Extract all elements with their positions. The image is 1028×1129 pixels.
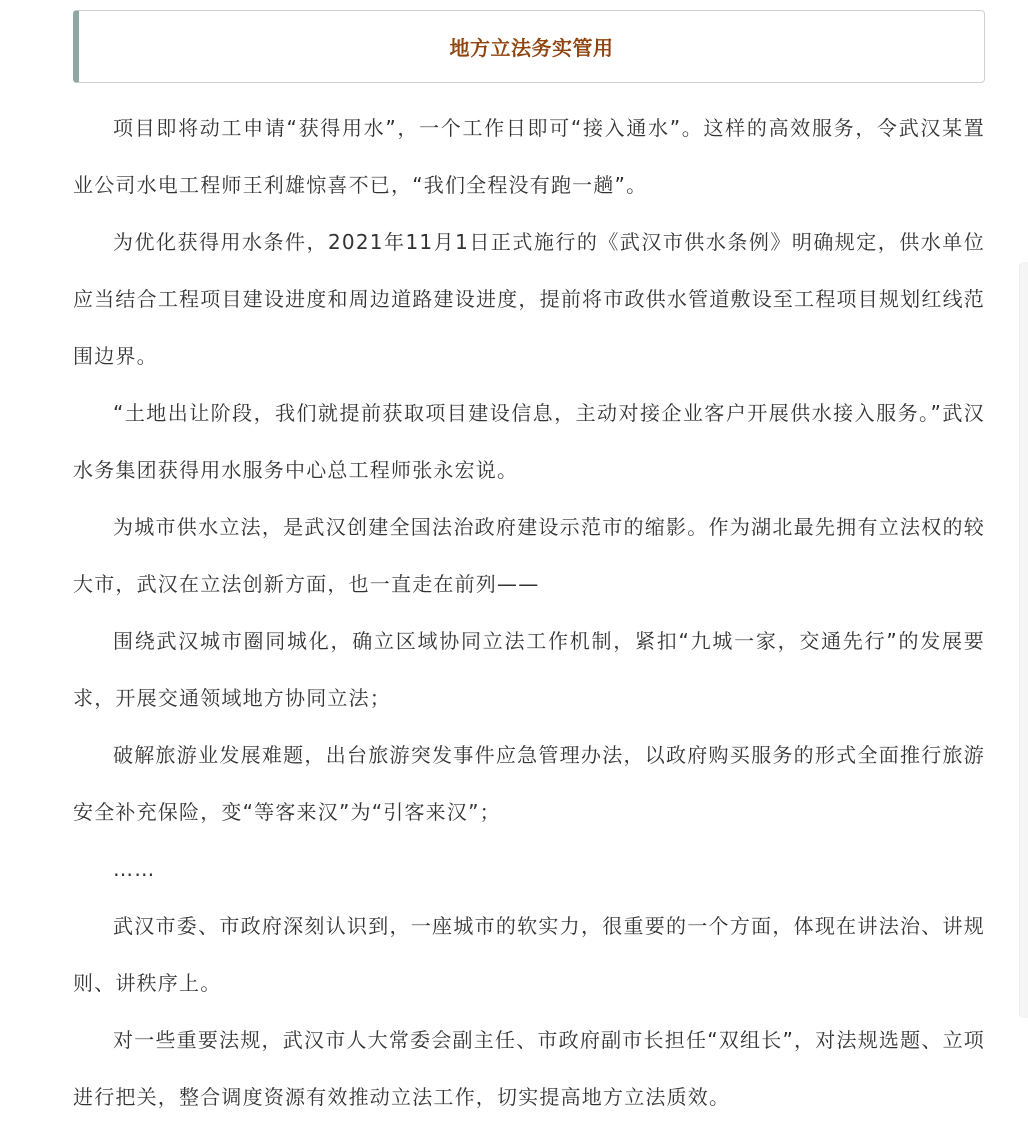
paragraph: 围绕武汉城市圈同城化，确立区域协同立法工作机制，紧扣“九城一家，交通先行”的发展… <box>73 613 985 727</box>
article-body: 项目即将动工申请“获得用水”，一个工作日即可“接入通水”。这样的高效服务，令武汉… <box>73 100 985 1126</box>
paragraph: 为优化获得用水条件，2021年11月1日正式施行的《武汉市供水条例》明确规定，供… <box>73 214 985 385</box>
paragraph-ellipsis: …… <box>73 841 985 898</box>
paragraph: 项目即将动工申请“获得用水”，一个工作日即可“接入通水”。这样的高效服务，令武汉… <box>73 100 985 214</box>
section-title: 地方立法务实管用 <box>450 32 614 61</box>
paragraph: “土地出让阶段，我们就提前获取项目建设信息，主动对接企业客户开展供水接入服务。”… <box>73 385 985 499</box>
paragraph: 武汉市委、市政府深刻认识到，一座城市的软实力，很重要的一个方面，体现在讲法治、讲… <box>73 898 985 1012</box>
section-title-box: 地方立法务实管用 <box>73 10 985 83</box>
paragraph: 破解旅游业发展难题，出台旅游突发事件应急管理办法，以政府购买服务的形式全面推行旅… <box>73 727 985 841</box>
paragraph: 对一些重要法规，武汉市人大常委会副主任、市政府副市长担任“双组长”，对法规选题、… <box>73 1012 985 1126</box>
paragraph: 为城市供水立法，是武汉创建全国法治政府建设示范市的缩影。作为湖北最先拥有立法权的… <box>73 499 985 613</box>
side-scrollbar[interactable] <box>1019 262 1028 1018</box>
article: 地方立法务实管用 项目即将动工申请“获得用水”，一个工作日即可“接入通水”。这样… <box>73 10 985 1126</box>
